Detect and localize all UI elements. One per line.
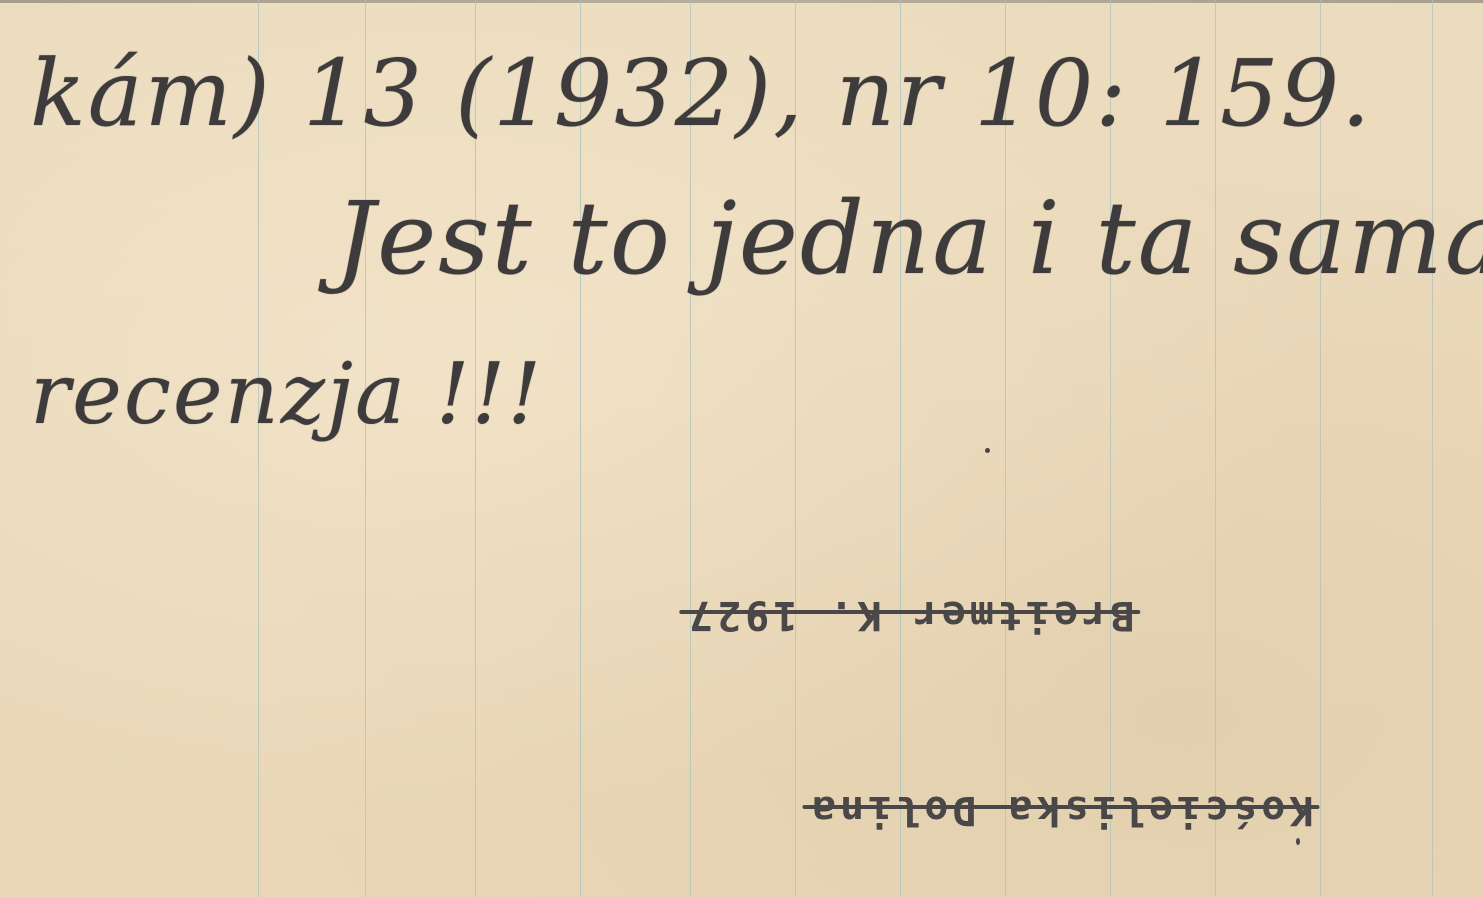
- typed-author-text: Breitmer K. 1927: [685, 592, 1134, 638]
- ink-speck: [985, 448, 990, 453]
- typed-struck-place-line: Kościeliska Dolina: [808, 787, 1313, 833]
- handwritten-note-line: Jest to jedna i ta sama: [335, 180, 1483, 297]
- handwritten-note-line-end: recenzja !!!: [30, 345, 543, 443]
- card-top-edge: [0, 0, 1483, 3]
- typed-struck-author-line: Breitmer K. 1927: [685, 592, 1134, 638]
- handwritten-citation-line: kám) 13 (1932), nr 10: 159.: [30, 40, 1372, 147]
- strikethrough-line: [802, 805, 1319, 809]
- rule-line: [1432, 0, 1433, 897]
- ink-speck: [1296, 838, 1300, 845]
- typed-place-text: Kościeliska Dolina: [808, 787, 1313, 833]
- strikethrough-line: [679, 610, 1140, 614]
- index-card: kám) 13 (1932), nr 10: 159. Jest to jedn…: [0, 0, 1483, 897]
